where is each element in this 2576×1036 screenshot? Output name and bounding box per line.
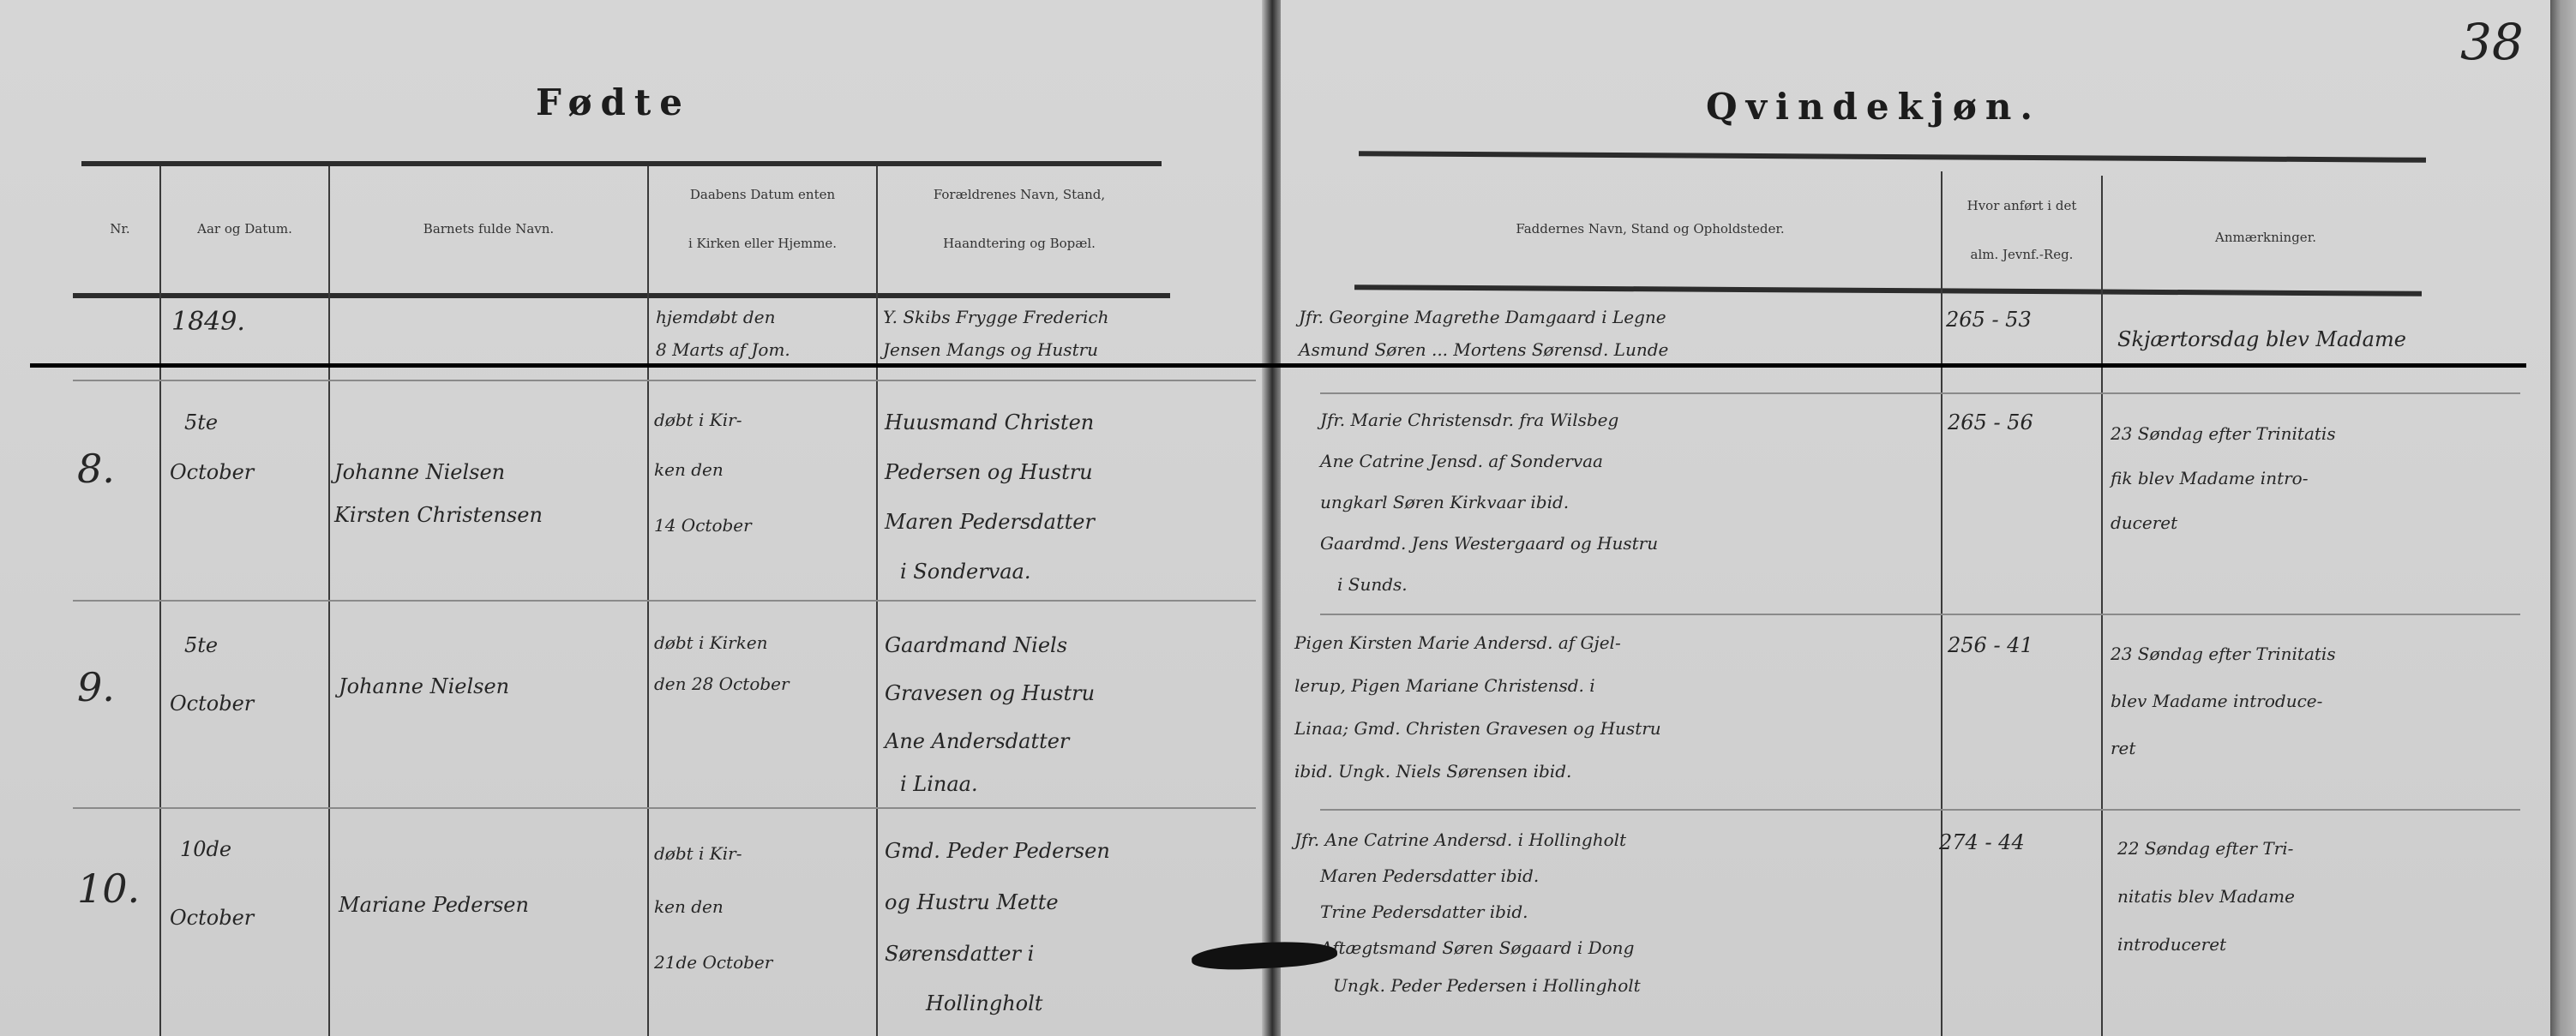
- col-divider: [2101, 176, 2103, 1036]
- entry-parents-1: Gmd. Peder Pedersen: [885, 824, 1110, 877]
- entry-date-month: October: [170, 677, 254, 730]
- entry-nr: 9.: [77, 664, 115, 710]
- header-parents-1: Forældrenes Navn, Stand,: [878, 176, 1161, 213]
- row-line: [1320, 392, 2520, 394]
- col-divider: [1941, 171, 1943, 1036]
- entry-baptism-1: døbt i Kir-: [654, 396, 742, 444]
- entry-child-name-2: Kirsten Christensen: [334, 488, 543, 542]
- entry-date-month: October: [170, 446, 254, 499]
- entry-remarks-3: ret: [2111, 724, 2135, 772]
- entry-remarks-1: 23 Søndag efter Trinitatis: [2111, 410, 2336, 458]
- entry-date-day: 10de: [180, 823, 231, 876]
- entry-date-day: 5te: [184, 396, 218, 449]
- entry-parents-4: i Linaa.: [900, 763, 978, 805]
- entry-parents-4: Hollingholt: [926, 977, 1042, 1030]
- header-baptism-2: i Kirken eller Hjemme.: [649, 225, 876, 262]
- entry-remarks-3: duceret: [2111, 499, 2177, 547]
- entry-parents-2: Pedersen og Hustru: [885, 446, 1093, 499]
- carryover-year: 1849.: [171, 296, 245, 349]
- entry-register: 265 - 56: [1948, 396, 2033, 449]
- entry-nr: 8.: [77, 446, 115, 492]
- row-line: [1320, 809, 2520, 811]
- header-date: Aar og Datum.: [161, 210, 328, 248]
- entry-remarks-2: blev Madame introduce-: [2111, 677, 2322, 725]
- entry-godparents-3: Linaa; Gmd. Christen Gravesen og Hustru: [1294, 704, 1661, 752]
- entry-child-name-1: Mariane Pedersen: [339, 878, 529, 931]
- left-top-rule: [81, 161, 1162, 166]
- entry-parents-4: i Sondervaa.: [900, 545, 1031, 598]
- entry-date-month: October: [170, 891, 254, 944]
- entry-baptism-2: den 28 October: [654, 660, 790, 708]
- header-register-2: alm. Jevnf.-Reg.: [1943, 236, 2101, 273]
- entry-baptism-1: døbt i Kir-: [654, 829, 742, 877]
- entry-remarks-3: introduceret: [2117, 920, 2226, 968]
- header-godparents: Faddernes Navn, Stand og Opholdsteder.: [1363, 210, 1937, 248]
- entry-parents-3: Ane Andersdatter: [885, 715, 1069, 768]
- header-parents-2: Haandtering og Bopæl.: [878, 225, 1161, 262]
- entry-godparents-2: lerup, Pigen Mariane Christensd. i: [1294, 662, 1595, 710]
- entry-nr: 10.: [77, 865, 140, 912]
- entry-godparents-1: Pigen Kirsten Marie Andersd. af Gjel-: [1294, 619, 1621, 667]
- entry-remarks-2: nitatis blev Madame: [2117, 872, 2295, 920]
- entry-parents-2: og Hustru Mette: [885, 876, 1059, 929]
- entry-godparents-4: ibid. Ungk. Niels Sørensen ibid.: [1294, 747, 1571, 795]
- header-register-1: Hvor anført i det: [1943, 187, 2101, 225]
- entry-parents-1: Gaardmand Niels: [885, 619, 1067, 672]
- entry-godparents-5: i Sunds.: [1337, 560, 1408, 608]
- entry-register: 274 - 44: [1939, 816, 2025, 869]
- header-nr: Nr.: [81, 210, 159, 248]
- right-page-title: Qvindekjøn.: [1706, 86, 2041, 128]
- header-child-name: Barnets fulde Navn.: [330, 210, 647, 248]
- entry-parents-3: Maren Pedersdatter: [885, 495, 1095, 548]
- entry-remarks-2: fik blev Madame intro-: [2111, 454, 2308, 502]
- entry-baptism-3: 21de October: [654, 938, 772, 986]
- carryover-register: 265 - 53: [1946, 293, 2032, 346]
- left-page-title: Fødte: [536, 81, 691, 123]
- entry-baptism-2: ken den: [654, 446, 724, 494]
- row-line: [73, 807, 1256, 809]
- entry-register: 256 - 41: [1948, 619, 2033, 672]
- entry-remarks-1: 23 Søndag efter Trinitatis: [2111, 630, 2336, 678]
- page-edge: [2550, 0, 2576, 1036]
- entry-baptism-2: ken den: [654, 883, 724, 931]
- entry-child-name-1: Johanne Nielsen: [339, 660, 509, 713]
- entry-parents-2: Gravesen og Hustru: [885, 667, 1095, 720]
- entry-parents-1: Huusmand Christen: [885, 396, 1094, 449]
- page-number: 38: [2460, 13, 2524, 71]
- entry-date-day: 5te: [184, 619, 218, 672]
- header-baptism-1: Daabens Datum enten: [649, 176, 876, 213]
- book-fold: [1262, 0, 1281, 1036]
- header-remarks: Anmærkninger.: [2103, 219, 2429, 256]
- entry-parents-3: Sørensdatter i: [885, 927, 1034, 980]
- row-line: [73, 600, 1256, 602]
- entry-godparents-5: Ungk. Peder Pedersen i Hollingholt: [1333, 961, 1641, 1009]
- row-line: [1320, 614, 2520, 615]
- entry-baptism-3: 14 October: [654, 501, 752, 549]
- entry-remarks-1: 22 Søndag efter Tri-: [2117, 824, 2293, 872]
- carryover-remarks: Skjærtorsdag blev Madame: [2117, 313, 2406, 366]
- overlay-separator-line: [30, 363, 2526, 368]
- row-line: [73, 380, 1256, 381]
